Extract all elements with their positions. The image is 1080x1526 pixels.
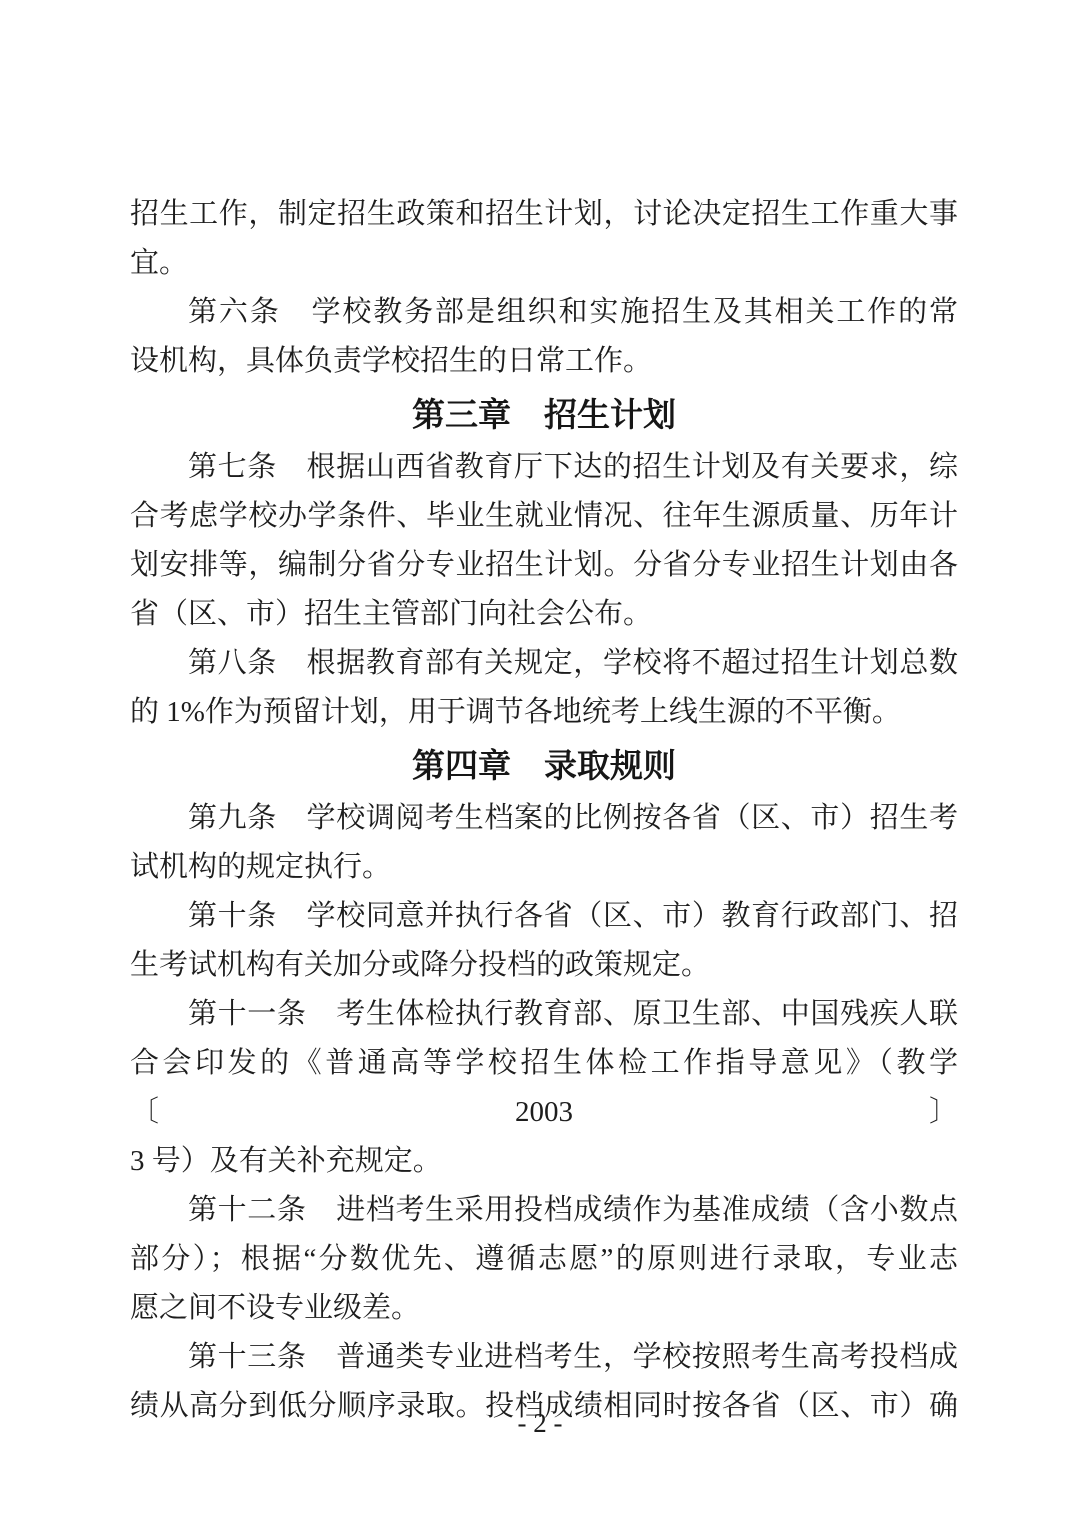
text-line: 设机构，具体负责学校招生的日常工作。 — [130, 337, 958, 386]
text-line: 划安排等，编制分省分专业招生计划。分省分专业招生计划由各 — [130, 541, 958, 590]
text-line: 宜。 — [130, 239, 958, 288]
text-line: 第六条 学校教务部是组织和实施招生及其相关工作的常 — [130, 288, 958, 337]
text-line: 第十一条 考生体检执行教育部、原卫生部、中国残疾人联 — [130, 990, 958, 1039]
text-line: 第十三条 普通类专业进档考生，学校按照考生高考投档成 — [130, 1333, 958, 1382]
chapter-heading: 第三章 招生计划 — [130, 390, 958, 439]
text-line: 第七条 根据山西省教育厅下达的招生计划及有关要求，综 — [130, 443, 958, 492]
chapter-heading: 第四章 录取规则 — [130, 741, 958, 790]
text-line: 愿之间不设专业级差。 — [130, 1284, 958, 1333]
text-line: 第十条 学校同意并执行各省（区、市）教育行政部门、招 — [130, 892, 958, 941]
text-line: 部分）；根据“分数优先、遵循志愿”的原则进行录取，专业志 — [130, 1235, 958, 1284]
text-line: 省（区、市）招生主管部门向社会公布。 — [130, 590, 958, 639]
text-line: 第九条 学校调阅考生档案的比例按各省（区、市）招生考 — [130, 794, 958, 843]
text-line: 合考虑学校办学条件、毕业生就业情况、往年生源质量、历年计 — [130, 492, 958, 541]
text-line: 合会印发的《普通高等学校招生体检工作指导意见》（教学〔2003〕 — [130, 1039, 958, 1137]
text-line: 3 号）及有关补充规定。 — [130, 1137, 958, 1186]
text-line: 第十二条 进档考生采用投档成绩作为基准成绩（含小数点 — [130, 1186, 958, 1235]
text-line: 试机构的规定执行。 — [130, 843, 958, 892]
document-page: 招生工作，制定招生政策和招生计划，讨论决定招生工作重大事宜。第六条 学校教务部是… — [0, 0, 1080, 1526]
document-content: 招生工作，制定招生政策和招生计划，讨论决定招生工作重大事宜。第六条 学校教务部是… — [130, 190, 958, 1431]
text-line: 生考试机构有关加分或降分投档的政策规定。 — [130, 941, 958, 990]
text-line: 的 1%作为预留计划，用于调节各地统考上线生源的不平衡。 — [130, 688, 958, 737]
text-line: 第八条 根据教育部有关规定，学校将不超过招生计划总数 — [130, 639, 958, 688]
text-line: 招生工作，制定招生政策和招生计划，讨论决定招生工作重大事 — [130, 190, 958, 239]
page-number: - 2 - — [0, 1408, 1080, 1439]
